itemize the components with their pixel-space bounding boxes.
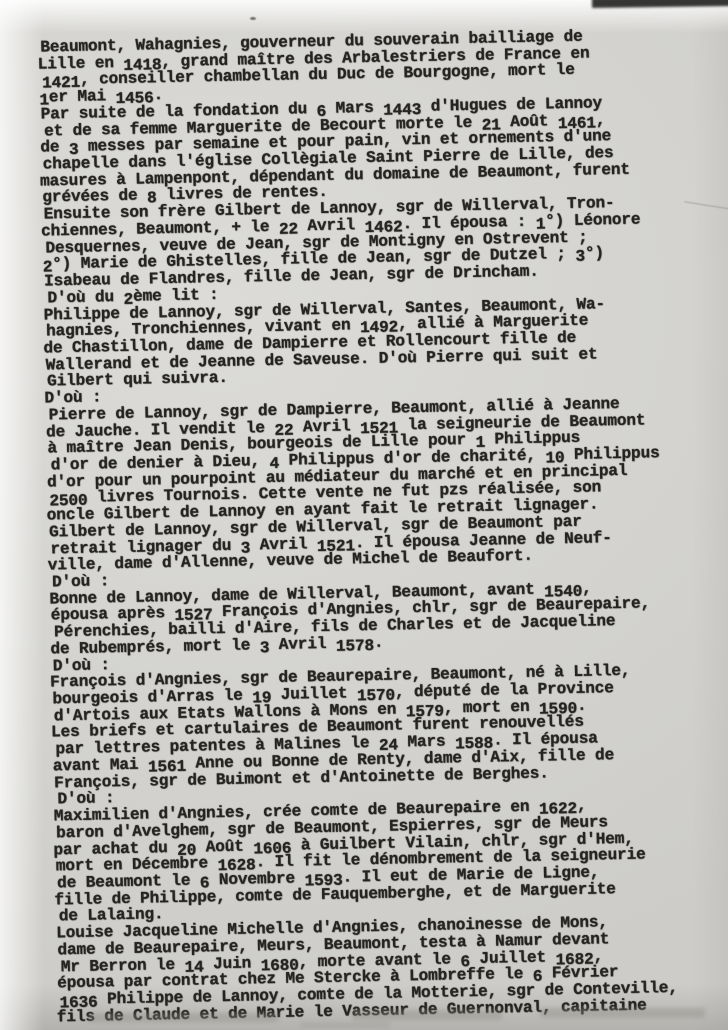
scan-crease-artifact [684,201,728,209]
scan-bottom-ghost-text [88,1013,278,1022]
scan-speck-artifact [250,17,256,20]
typewritten-text: Beaumont, Wahagnies, gouverneur du souve… [37,27,702,1026]
scan-bottom-ghost-text [300,1022,390,1028]
scanned-page: Beaumont, Wahagnies, gouverneur du souve… [0,0,728,1030]
scan-bottom-ghost-text [540,1008,705,1018]
scan-bottom-ghost-text [352,1010,502,1020]
scan-smudge-artifact [592,0,728,8]
